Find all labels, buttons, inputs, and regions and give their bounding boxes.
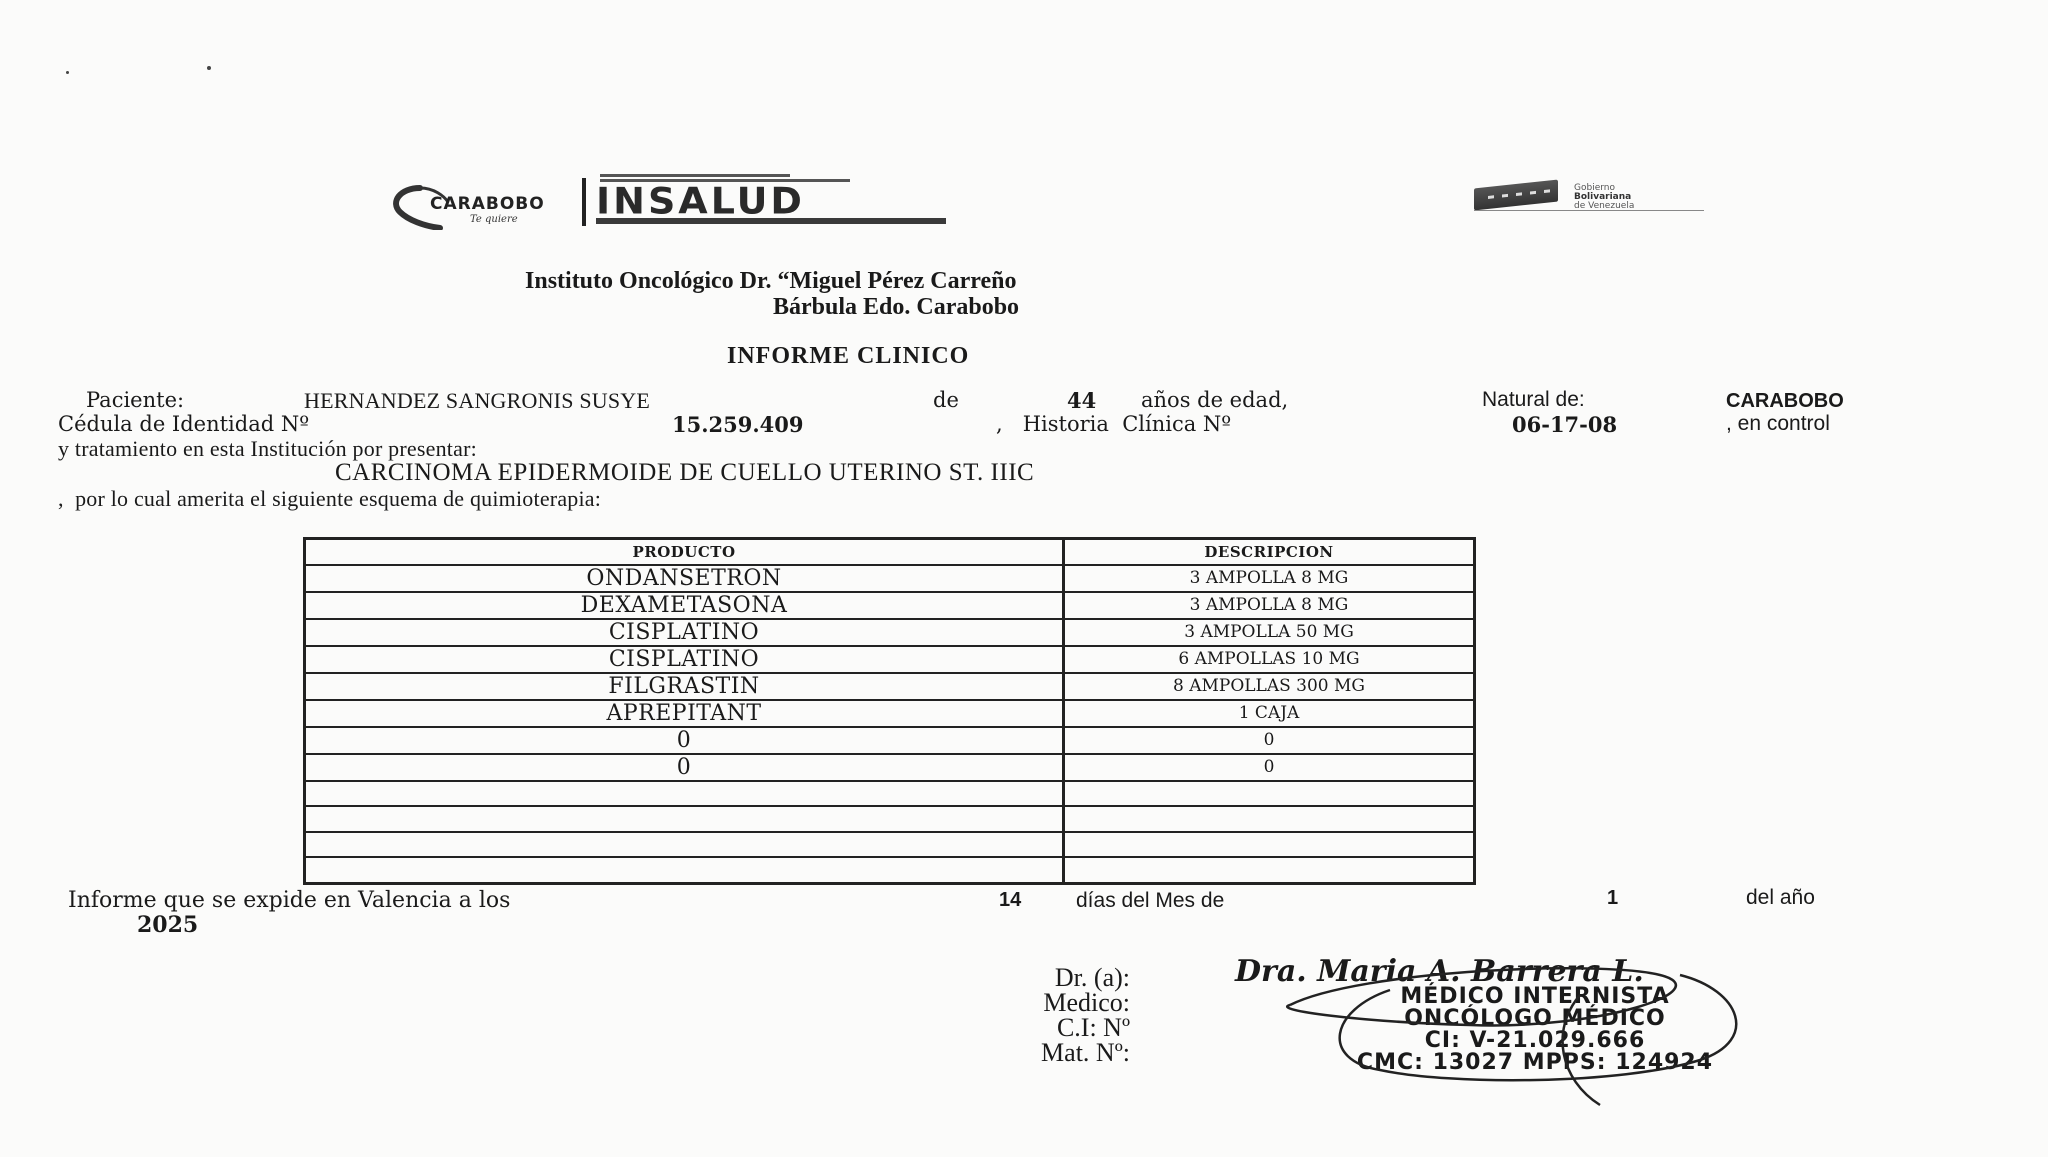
description-cell: 3 AMPOLLA 8 MG — [1064, 565, 1475, 592]
table-header-row: PRODUCTO DESCRIPCION — [305, 539, 1475, 565]
prescription-table: PRODUCTO DESCRIPCION ONDANSETRON3 AMPOLL… — [303, 537, 1476, 885]
product-cell — [305, 781, 1064, 807]
patient-label: Paciente: — [86, 388, 184, 412]
control-label: , en control — [1726, 412, 1830, 436]
insalud-band — [596, 218, 946, 224]
insalud-logo: INSALUD — [596, 176, 948, 224]
ci-label: Cédula de Identidad Nº — [58, 412, 309, 436]
days-label: días del Mes de — [1076, 889, 1224, 913]
gobierno-underline — [1474, 210, 1704, 211]
patient-age: 44 — [1067, 388, 1096, 413]
description-cell: 8 AMPOLLAS 300 MG — [1064, 673, 1475, 700]
diagnosis: CARCINOMA EPIDERMOIDE DE CUELLO UTERINO … — [335, 459, 1034, 487]
gobierno-text: Gobierno Bolivariana de Venezuela — [1574, 184, 1634, 211]
table-row: 00 — [305, 727, 1475, 754]
product-cell: 0 — [305, 727, 1064, 754]
page-title: INFORME CLINICO — [727, 343, 969, 370]
doctor-stamp: MÉDICO INTERNISTA ONCÓLOGO MÉDICO CI: V-… — [1255, 986, 1815, 1074]
stamp-specialty: MÉDICO INTERNISTA — [1255, 986, 1815, 1008]
table-row — [305, 781, 1475, 807]
issued-text: Informe que se expide en Valencia a los — [68, 888, 510, 913]
mat-label: Mat. Nº: — [960, 1040, 1130, 1065]
patient-natural: CARABOBO — [1726, 390, 1844, 413]
description-cell: 6 AMPOLLAS 10 MG — [1064, 646, 1475, 673]
table-row: 00 — [305, 754, 1475, 781]
description-cell: 3 AMPOLLA 50 MG — [1064, 619, 1475, 646]
flag-icon — [1474, 180, 1558, 211]
stamp-ci: CI: V-21.029.666 — [1255, 1030, 1815, 1052]
patient-hc: 06-17-08 — [1512, 412, 1617, 437]
table-row — [305, 832, 1475, 858]
product-cell: 0 — [305, 754, 1064, 781]
product-cell: ONDANSETRON — [305, 565, 1064, 592]
description-cell: 0 — [1064, 727, 1475, 754]
product-cell: DEXAMETASONA — [305, 592, 1064, 619]
table-row — [305, 857, 1475, 883]
table-row: APREPITANT1 CAJA — [305, 700, 1475, 727]
description-cell — [1064, 832, 1475, 858]
patient-name: HERNANDEZ SANGRONIS SUSYE — [304, 388, 650, 414]
logo-divider — [582, 178, 586, 226]
scan-speck — [207, 66, 211, 70]
product-cell: CISPLATINO — [305, 646, 1064, 673]
medico-label: Medico: — [960, 990, 1130, 1015]
stamp-subspecialty: ONCÓLOGO MÉDICO — [1255, 1008, 1815, 1030]
product-cell — [305, 832, 1064, 858]
issue-day: 14 — [999, 889, 1021, 912]
column-header-description: DESCRIPCION — [1064, 539, 1475, 565]
issue-month: 1 — [1607, 887, 1618, 910]
insalud-brand: INSALUD — [596, 183, 805, 219]
column-header-product: PRODUCTO — [305, 539, 1064, 565]
institute-name: Instituto Oncológico Dr. “Miguel Pérez C… — [525, 268, 1016, 295]
table-row: CISPLATINO6 AMPOLLAS 10 MG — [305, 646, 1475, 673]
carabobo-tagline: Te quiere — [470, 214, 518, 225]
product-cell: FILGRASTIN — [305, 673, 1064, 700]
product-cell: CISPLATINO — [305, 619, 1064, 646]
description-cell — [1064, 857, 1475, 883]
institute-location: Bárbula Edo. Carabobo — [773, 294, 1019, 321]
patient-ci: 15.259.409 — [672, 412, 804, 437]
patient-de-label: de — [933, 388, 959, 412]
product-cell — [305, 806, 1064, 832]
issue-year: 2025 — [137, 912, 198, 938]
signer-labels: Dr. (a): Medico: C.I: Nº Mat. Nº: — [960, 965, 1130, 1065]
ci-signer-label: C.I: Nº — [960, 1015, 1130, 1040]
stamp-registration: CMC: 13027 MPPS: 124924 — [1255, 1052, 1815, 1074]
carabobo-logo: CARABOBO Te quiere — [390, 180, 580, 230]
natural-label: Natural de: — [1482, 388, 1585, 412]
carabobo-brand: CARABOBO — [430, 194, 545, 214]
age-suffix-label: años de edad, — [1141, 388, 1288, 412]
table-row: DEXAMETASONA3 AMPOLLA 8 MG — [305, 592, 1475, 619]
table-row: FILGRASTIN8 AMPOLLAS 300 MG — [305, 673, 1475, 700]
table-body: ONDANSETRON3 AMPOLLA 8 MGDEXAMETASONA3 A… — [305, 565, 1475, 884]
scan-speck — [66, 71, 69, 74]
year-label: del año — [1746, 886, 1815, 910]
product-cell: APREPITANT — [305, 700, 1064, 727]
description-cell: 0 — [1064, 754, 1475, 781]
hc-label: , Historia Clínica Nº — [996, 412, 1231, 436]
table-row: CISPLATINO3 AMPOLLA 50 MG — [305, 619, 1475, 646]
table-row — [305, 806, 1475, 832]
description-cell — [1064, 806, 1475, 832]
product-cell — [305, 857, 1064, 883]
gobierno-logo: Gobierno Bolivariana de Venezuela — [1474, 180, 1714, 216]
doctor-label: Dr. (a): — [960, 965, 1130, 990]
table-row: ONDANSETRON3 AMPOLLA 8 MG — [305, 565, 1475, 592]
description-cell: 1 CAJA — [1064, 700, 1475, 727]
description-cell — [1064, 781, 1475, 807]
scheme-intro: , por lo cual amerita el siguiente esque… — [58, 486, 601, 512]
description-cell: 3 AMPOLLA 8 MG — [1064, 592, 1475, 619]
insalud-subtitle-line — [600, 174, 790, 177]
